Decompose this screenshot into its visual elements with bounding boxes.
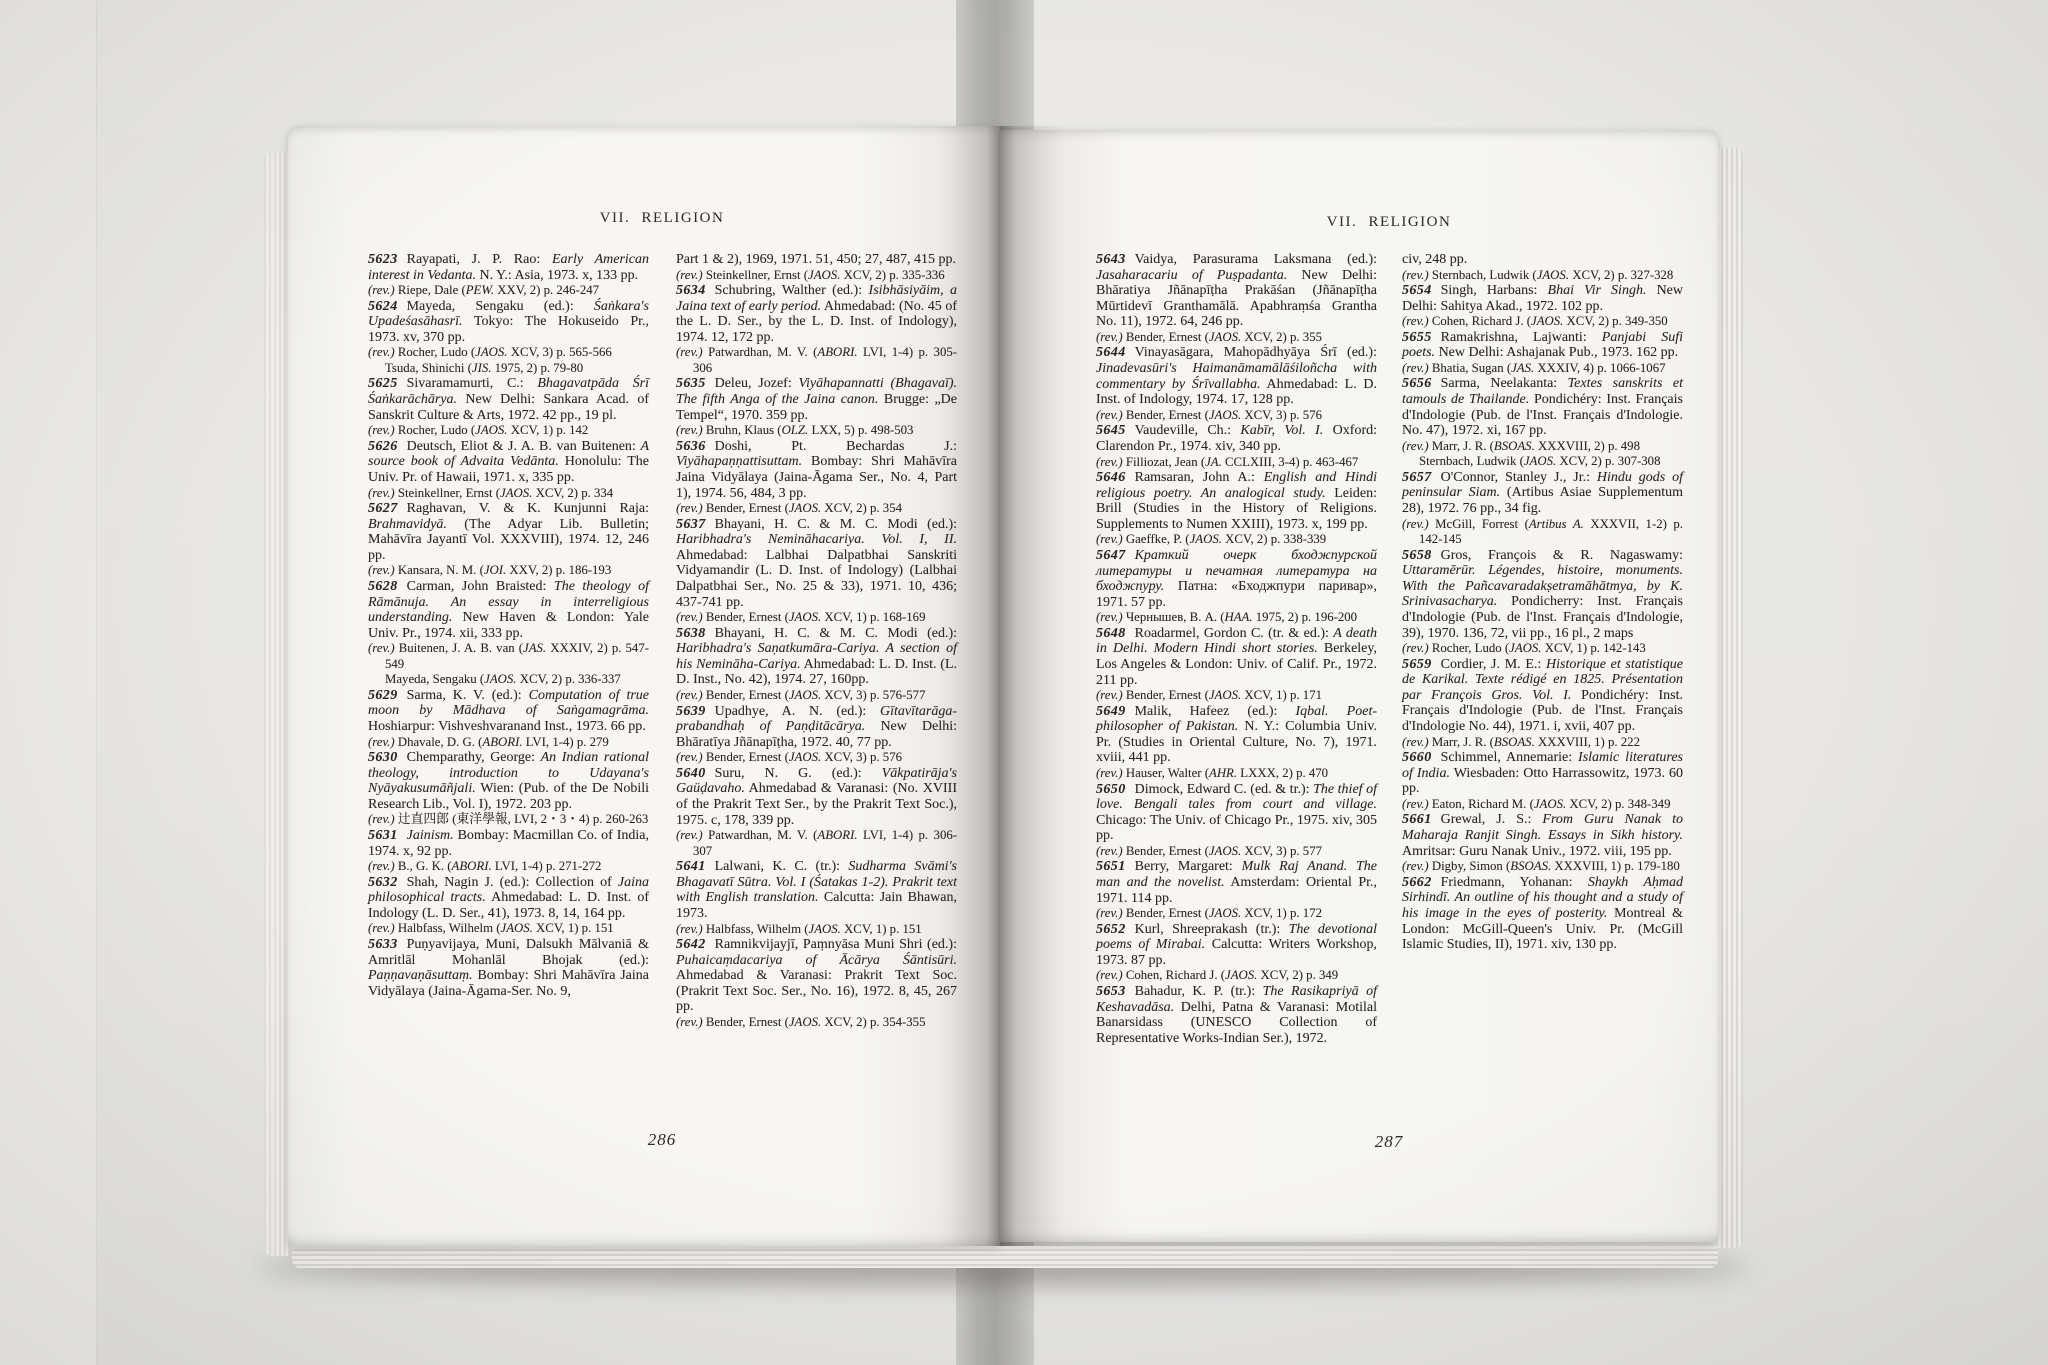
review-prefix: (rev.) xyxy=(1402,517,1429,531)
entry-body: 5651Berry, Margaret: Mulk Raj Anand. The… xyxy=(1096,859,1377,906)
review-line: Sternbach, Ludwik (JAOS. XCV, 2) p. 307-… xyxy=(1402,454,1683,470)
review-line: (rev.) Bender, Ernest (JAOS. XCV, 3) p. … xyxy=(676,750,957,766)
bib-entry-5643: 5643Vaidya, Parasurama Laksmana (ed.): J… xyxy=(1096,252,1377,345)
entry-number: 5655 xyxy=(1402,330,1432,345)
review-line: (rev.) Patwardhan, M. V. (ABORI. LVI, 1-… xyxy=(676,345,957,376)
entry-body: 5654Singh, Harbans: Bhai Vir Singh. New … xyxy=(1402,283,1683,314)
bib-entry-5635: 5635Deleu, Jozef: Viyāhapannatti (Bhagav… xyxy=(676,376,957,438)
bib-entry-5661: 5661Grewal, J. S.: From Guru Nanak to Ma… xyxy=(1402,812,1683,874)
bib-entry-continuation: Part 1 & 2), 1969, 1971. 51, 450; 27, 48… xyxy=(676,252,957,283)
review-prefix: (rev.) xyxy=(1096,968,1123,982)
review-prefix: (rev.) xyxy=(1096,330,1123,344)
bib-entry-5636: 5636Doshi, Pt. Bechardas J.: Viyāhapaṇṇa… xyxy=(676,439,957,517)
entry-body: 5653Bahadur, K. P. (tr.): The Rasikapriy… xyxy=(1096,984,1377,1046)
review-line: (rev.) B., G. K. (ABORI. LVI, 1-4) p. 27… xyxy=(368,859,649,875)
entry-body: 5647Краткий очерк бходжпурской литератур… xyxy=(1096,548,1377,610)
review-prefix: (rev.) xyxy=(676,610,703,624)
entry-body: 5635Deleu, Jozef: Viyāhapannatti (Bhagav… xyxy=(676,376,957,423)
review-prefix: (rev.) xyxy=(676,1015,703,1029)
entry-body: 5625Sivaramamurti, C.: Bhagavatpāda Śrī … xyxy=(368,376,649,423)
review-line: (rev.) Bruhn, Klaus (OLZ. LXX, 5) p. 498… xyxy=(676,423,957,439)
entry-number: 5639 xyxy=(676,704,706,719)
entry-number: 5623 xyxy=(368,252,398,267)
right-page-column-1: 5643Vaidya, Parasurama Laksmana (ed.): J… xyxy=(1096,252,1377,1046)
review-prefix: (rev.) xyxy=(368,486,395,500)
entry-number: 5632 xyxy=(368,875,398,890)
review-prefix: (rev.) xyxy=(368,345,395,359)
bib-entry-5653: 5653Bahadur, K. P. (tr.): The Rasikapriy… xyxy=(1096,984,1377,1046)
review-prefix: (rev.) xyxy=(1096,766,1123,780)
bib-entry-5658: 5658Gros, François & R. Nagaswamy: Uttar… xyxy=(1402,548,1683,657)
entry-body: 5631Jainism. Bombay: Macmillan Co. of In… xyxy=(368,828,649,859)
entry-body: 5628Carman, John Braisted: The theology … xyxy=(368,579,649,641)
entry-body: civ, 248 pp. xyxy=(1402,252,1683,268)
entry-number: 5642 xyxy=(676,937,706,952)
bib-entry-5630: 5630Chemparathy, George: An Indian ratio… xyxy=(368,750,649,828)
review-prefix: (rev.) xyxy=(1096,408,1123,422)
bib-entry-5637: 5637Bhayani, H. C. & M. C. Modi (ed.): H… xyxy=(676,517,957,626)
review-line: (rev.) Steinkellner, Ernst (JAOS. XCV, 2… xyxy=(368,486,649,502)
review-line: (rev.) Bender, Ernest (JAOS. XCV, 1) p. … xyxy=(1096,906,1377,922)
review-prefix: (rev.) xyxy=(1096,610,1123,624)
entry-number: 5654 xyxy=(1402,283,1432,298)
entry-number: 5661 xyxy=(1402,812,1432,827)
bottom-page-stack-edges xyxy=(292,1246,1718,1268)
review-prefix: (rev.) xyxy=(1402,268,1429,282)
entry-body: 5627Raghavan, V. & K. Kunjunni Raja: Bra… xyxy=(368,501,649,563)
review-line: (rev.) Чернышев, В. А. (НАА. 1975, 2) p.… xyxy=(1096,610,1377,626)
review-line: (rev.) Bender, Ernest (JAOS. XCV, 3) p. … xyxy=(1096,844,1377,860)
entry-number: 5660 xyxy=(1402,750,1432,765)
review-prefix: (rev.) xyxy=(676,688,703,702)
review-line: (rev.) Bender, Ernest (JAOS. XCV, 2) p. … xyxy=(676,1015,957,1031)
bib-entry-5626: 5626Deutsch, Eliot & J. A. B. van Buiten… xyxy=(368,439,649,501)
entry-body: 5655Ramakrishna, Lajwanti: Panjabi Sufi … xyxy=(1402,330,1683,361)
bib-entry-5657: 5657O'Connor, Stanley J., Jr.: Hindu god… xyxy=(1402,470,1683,548)
review-line: (rev.) 辻直四郎 (東洋學報, LVI, 2・3・4) p. 260-26… xyxy=(368,812,649,828)
bib-entry-5659: 5659Cordier, J. M. E.: Historique et sta… xyxy=(1402,657,1683,750)
bib-entry-5640: 5640Suru, N. G. (ed.): Vākpatirāja's Gaü… xyxy=(676,766,957,859)
review-prefix: (rev.) xyxy=(676,501,703,515)
review-prefix: (rev.) xyxy=(368,283,395,297)
review-prefix: (rev.) xyxy=(676,750,703,764)
page-number-left: 286 xyxy=(368,1130,956,1150)
review-line: (rev.) Bender, Ernest (JAOS. XCV, 1) p. … xyxy=(1096,688,1377,704)
entry-number: 5658 xyxy=(1402,548,1432,563)
review-prefix: (rev.) xyxy=(1402,439,1429,453)
review-prefix: (rev.) xyxy=(1402,641,1429,655)
entry-body: 5640Suru, N. G. (ed.): Vākpatirāja's Gaü… xyxy=(676,766,957,828)
review-prefix: (rev.) xyxy=(1402,361,1429,375)
entry-body: 5646Ramsaran, John A.: English and Hindi… xyxy=(1096,470,1377,532)
bib-entry-continuation: civ, 248 pp.(rev.) Sternbach, Ludwik (JA… xyxy=(1402,252,1683,283)
bib-entry-5646: 5646Ramsaran, John A.: English and Hindi… xyxy=(1096,470,1377,548)
bib-entry-5651: 5651Berry, Margaret: Mulk Raj Anand. The… xyxy=(1096,859,1377,921)
entry-number: 5644 xyxy=(1096,345,1126,360)
review-prefix: (rev.) xyxy=(1096,844,1123,858)
review-prefix: (rev.) xyxy=(676,922,703,936)
entry-number: 5657 xyxy=(1402,470,1432,485)
entry-number: 5651 xyxy=(1096,859,1126,874)
entry-body: 5652Kurl, Shreeprakash (tr.): The devoti… xyxy=(1096,922,1377,969)
entry-body: 5642Ramnikvijayjī, Paṃnyāsa Muni Shri (e… xyxy=(676,937,957,1015)
review-prefix: (rev.) xyxy=(1096,532,1123,546)
entry-body: 5644Vinayasāgara, Mahopādhyāya Śrī (ed.)… xyxy=(1096,345,1377,407)
review-line: (rev.) Bender, Ernest (JAOS. XCV, 3) p. … xyxy=(1096,408,1377,424)
review-prefix: (rev.) xyxy=(1402,797,1429,811)
left-page: VII. RELIGION 5623Rayapati, J. P. Rao: E… xyxy=(288,126,1000,1246)
bib-entry-5629: 5629Sarma, K. V. (ed.): Computation of t… xyxy=(368,688,649,750)
entry-body: 5629Sarma, K. V. (ed.): Computation of t… xyxy=(368,688,649,735)
entry-body: 5639Upadhye, A. N. (ed.): Gītavītarāga-p… xyxy=(676,704,957,751)
background-wall-strip xyxy=(0,0,97,1365)
review-prefix: (rev.) xyxy=(676,345,703,359)
entry-number: 5631 xyxy=(368,828,398,843)
review-prefix: (rev.) xyxy=(1402,735,1429,749)
entry-number: 5649 xyxy=(1096,704,1126,719)
entry-body: 5636Doshi, Pt. Bechardas J.: Viyāhapaṇṇa… xyxy=(676,439,957,501)
bib-entry-5639: 5639Upadhye, A. N. (ed.): Gītavītarāga-p… xyxy=(676,704,957,766)
bib-entry-5652: 5652Kurl, Shreeprakash (tr.): The devoti… xyxy=(1096,922,1377,984)
entry-number: 5656 xyxy=(1402,376,1432,391)
entry-body: 5650Dimock, Edward C. (ed. & tr.): The t… xyxy=(1096,782,1377,844)
entry-body: 5648Roadarmel, Gordon C. (tr. & ed.): A … xyxy=(1096,626,1377,688)
entry-number: 5628 xyxy=(368,579,398,594)
bib-entry-5662: 5662Friedmann, Yohanan: Shaykh Aḥmad Sir… xyxy=(1402,875,1683,953)
review-line: (rev.) Filliozat, Jean (JA. CCLXIII, 3-4… xyxy=(1096,455,1377,471)
running-header-right: VII. RELIGION xyxy=(1096,214,1682,231)
entry-number: 5638 xyxy=(676,626,706,641)
bib-entry-5641: 5641Lalwani, K. C. (tr.): Sudharma Svāmi… xyxy=(676,859,957,937)
review-line: Mayeda, Sengaku (JAOS. XCV, 2) p. 336-33… xyxy=(368,672,649,688)
review-line: (rev.) Riepe, Dale (PEW. XXV, 2) p. 246-… xyxy=(368,283,649,299)
entry-body: 5656Sarma, Neelakanta: Textes sanskrits … xyxy=(1402,376,1683,438)
review-line: (rev.) McGill, Forrest (Artibus A. XXXVI… xyxy=(1402,517,1683,548)
review-prefix: (rev.) xyxy=(368,921,395,935)
bib-entry-5648: 5648Roadarmel, Gordon C. (tr. & ed.): A … xyxy=(1096,626,1377,704)
review-line: (rev.) Marr, J. R. (BSOAS. XXXVIII, 1) p… xyxy=(1402,735,1683,751)
review-line: (rev.) Bender, Ernest (JAOS. XCV, 2) p. … xyxy=(1096,330,1377,346)
entry-number: 5626 xyxy=(368,439,398,454)
entry-body: 5643Vaidya, Parasurama Laksmana (ed.): J… xyxy=(1096,252,1377,330)
entry-number: 5662 xyxy=(1402,875,1432,890)
bib-entry-5642: 5642Ramnikvijayjī, Paṃnyāsa Muni Shri (e… xyxy=(676,937,957,1030)
entry-number: 5625 xyxy=(368,376,398,391)
review-prefix: (rev.) xyxy=(1096,455,1123,469)
bib-entry-5623: 5623Rayapati, J. P. Rao: Early American … xyxy=(368,252,649,299)
book-photo: VII. RELIGION 5623Rayapati, J. P. Rao: E… xyxy=(0,0,2048,1365)
review-prefix: (rev.) xyxy=(1096,688,1123,702)
review-prefix: (rev.) xyxy=(676,423,703,437)
entry-number: 5648 xyxy=(1096,626,1126,641)
review-prefix: (rev.) xyxy=(368,735,395,749)
entry-body: 5661Grewal, J. S.: From Guru Nanak to Ma… xyxy=(1402,812,1683,859)
entry-number: 5633 xyxy=(368,937,398,952)
entry-body: 5659Cordier, J. M. E.: Historique et sta… xyxy=(1402,657,1683,735)
review-prefix: (rev.) xyxy=(676,828,703,842)
review-prefix: (rev.) xyxy=(368,641,395,655)
review-line: (rev.) Bender, Ernest (JAOS. XCV, 2) p. … xyxy=(676,501,957,517)
entry-number: 5645 xyxy=(1096,423,1126,438)
entry-number: 5636 xyxy=(676,439,706,454)
bib-entry-5631: 5631Jainism. Bombay: Macmillan Co. of In… xyxy=(368,828,649,875)
entry-body: 5657O'Connor, Stanley J., Jr.: Hindu god… xyxy=(1402,470,1683,517)
review-line: (rev.) Eaton, Richard M. (JAOS. XCV, 2) … xyxy=(1402,797,1683,813)
entry-number: 5659 xyxy=(1402,657,1432,672)
bib-entry-5627: 5627Raghavan, V. & K. Kunjunni Raja: Bra… xyxy=(368,501,649,579)
entry-body: 5626Deutsch, Eliot & J. A. B. van Buiten… xyxy=(368,439,649,486)
bib-entry-5634: 5634Schubring, Walther (ed.): Isibhāsiyā… xyxy=(676,283,957,376)
entry-body: 5638Bhayani, H. C. & M. C. Modi (ed.): H… xyxy=(676,626,957,688)
entry-body: 5662Friedmann, Yohanan: Shaykh Aḥmad Sir… xyxy=(1402,875,1683,953)
review-line: (rev.) Gaeffke, P. (JAOS. XCV, 2) p. 338… xyxy=(1096,532,1377,548)
left-page-column-1: 5623Rayapati, J. P. Rao: Early American … xyxy=(368,252,649,999)
review-line: (rev.) Halbfass, Wilhelm (JAOS. XCV, 1) … xyxy=(368,921,649,937)
entry-number: 5630 xyxy=(368,750,398,765)
review-line: (rev.) Steinkellner, Ernst (JAOS. XCV, 2… xyxy=(676,268,957,284)
review-prefix: (rev.) xyxy=(368,423,395,437)
entry-body: 5641Lalwani, K. C. (tr.): Sudharma Svāmi… xyxy=(676,859,957,921)
entry-number: 5653 xyxy=(1096,984,1126,999)
review-line: (rev.) Bhatia, Sugan (JAS. XXXIV, 4) p. … xyxy=(1402,361,1683,377)
review-line: (rev.) Rocher, Ludo (JAOS. XCV, 3) p. 56… xyxy=(368,345,649,361)
bib-entry-5644: 5644Vinayasāgara, Mahopādhyāya Śrī (ed.)… xyxy=(1096,345,1377,423)
entry-body: 5660Schimmel, Annemarie: Islamic literat… xyxy=(1402,750,1683,797)
entry-number: 5641 xyxy=(676,859,706,874)
bib-entry-5645: 5645Vaudeville, Ch.: Kabīr, Vol. I. Oxfo… xyxy=(1096,423,1377,470)
entry-body: 5658Gros, François & R. Nagaswamy: Uttar… xyxy=(1402,548,1683,642)
running-header-left: VII. RELIGION xyxy=(368,210,956,227)
review-prefix: (rev.) xyxy=(368,812,395,826)
entry-body: 5645Vaudeville, Ch.: Kabīr, Vol. I. Oxfo… xyxy=(1096,423,1377,454)
review-prefix: (rev.) xyxy=(676,268,703,282)
bib-entry-5649: 5649Malik, Hafeez (ed.): Iqbal. Poet-phi… xyxy=(1096,704,1377,782)
bib-entry-5638: 5638Bhayani, H. C. & M. C. Modi (ed.): H… xyxy=(676,626,957,704)
right-page-stack-edges xyxy=(1718,148,1743,1248)
entry-number: 5647 xyxy=(1096,548,1126,563)
bib-entry-5654: 5654Singh, Harbans: Bhai Vir Singh. New … xyxy=(1402,283,1683,330)
bib-entry-5624: 5624Mayeda, Sengaku (ed.): Śaṅkara's Upa… xyxy=(368,299,649,377)
review-line: (rev.) Rocher, Ludo (JAOS. XCV, 1) p. 14… xyxy=(1402,641,1683,657)
page-number-right: 287 xyxy=(1096,1132,1682,1152)
bib-entry-5632: 5632Shah, Nagin J. (ed.): Collection of … xyxy=(368,875,649,937)
bib-entry-5660: 5660Schimmel, Annemarie: Islamic literat… xyxy=(1402,750,1683,812)
right-page-column-2: civ, 248 pp.(rev.) Sternbach, Ludwik (JA… xyxy=(1402,252,1683,953)
review-prefix: (rev.) xyxy=(368,563,395,577)
review-line: (rev.) Bender, Ernest (JAOS. XCV, 1) p. … xyxy=(676,610,957,626)
entry-body: 5634Schubring, Walther (ed.): Isibhāsiyā… xyxy=(676,283,957,345)
entry-body: 5633Puṇyavijaya, Muni, Dalsukh Mālvaniā … xyxy=(368,937,649,999)
review-prefix: (rev.) xyxy=(1402,859,1429,873)
entry-body: 5623Rayapati, J. P. Rao: Early American … xyxy=(368,252,649,283)
entry-body: 5649Malik, Hafeez (ed.): Iqbal. Poet-phi… xyxy=(1096,704,1377,766)
review-line: (rev.) Bender, Ernest (JAOS. XCV, 3) p. … xyxy=(676,688,957,704)
review-line: (rev.) Sternbach, Ludwik (JAOS. XCV, 2) … xyxy=(1402,268,1683,284)
review-line: Tsuda, Shinichi (JIS. 1975, 2) p. 79-80 xyxy=(368,361,649,377)
entry-body: 5632Shah, Nagin J. (ed.): Collection of … xyxy=(368,875,649,922)
review-line: (rev.) Marr, J. R. (BSOAS. XXXVIII, 2) p… xyxy=(1402,439,1683,455)
review-line: (rev.) Digby, Simon (BSOAS. XXXVIII, 1) … xyxy=(1402,859,1683,875)
entry-number: 5634 xyxy=(676,283,706,298)
entry-body: 5630Chemparathy, George: An Indian ratio… xyxy=(368,750,649,812)
bib-entry-5655: 5655Ramakrishna, Lajwanti: Panjabi Sufi … xyxy=(1402,330,1683,377)
review-line: (rev.) Kansara, N. M. (JOI. XXV, 2) p. 1… xyxy=(368,563,649,579)
review-line: (rev.) Patwardhan, M. V. (ABORI. LVI, 1-… xyxy=(676,828,957,859)
entry-number: 5627 xyxy=(368,501,398,516)
entry-body: 5624Mayeda, Sengaku (ed.): Śaṅkara's Upa… xyxy=(368,299,649,346)
review-line: (rev.) Cohen, Richard J. (JAOS. XCV, 2) … xyxy=(1096,968,1377,984)
review-line: (rev.) Hauser, Walter (AHR. LXXX, 2) p. … xyxy=(1096,766,1377,782)
left-page-stack-edges xyxy=(264,152,288,1256)
bib-entry-5650: 5650Dimock, Edward C. (ed. & tr.): The t… xyxy=(1096,782,1377,860)
entry-number: 5650 xyxy=(1096,782,1126,797)
entry-number: 5643 xyxy=(1096,252,1126,267)
bib-entry-5633: 5633Puṇyavijaya, Muni, Dalsukh Mālvaniā … xyxy=(368,937,649,999)
review-line: (rev.) Dhavale, D. G. (ABORI. LVI, 1-4) … xyxy=(368,735,649,751)
review-prefix: (rev.) xyxy=(1402,314,1429,328)
entry-number: 5635 xyxy=(676,376,706,391)
review-prefix: (rev.) xyxy=(1096,906,1123,920)
review-line: (rev.) Halbfass, Wilhelm (JAOS. XCV, 1) … xyxy=(676,922,957,938)
bib-entry-5647: 5647Краткий очерк бходжпурской литератур… xyxy=(1096,548,1377,626)
entry-number: 5624 xyxy=(368,299,398,314)
entry-number: 5646 xyxy=(1096,470,1126,485)
entry-number: 5629 xyxy=(368,688,398,703)
bib-entry-5628: 5628Carman, John Braisted: The theology … xyxy=(368,579,649,688)
review-prefix: (rev.) xyxy=(368,859,395,873)
entry-body: 5637Bhayani, H. C. & M. C. Modi (ed.): H… xyxy=(676,517,957,611)
entry-number: 5640 xyxy=(676,766,706,781)
review-line: (rev.) Buitenen, J. A. B. van (JAS. XXXI… xyxy=(368,641,649,672)
bib-entry-5656: 5656Sarma, Neelakanta: Textes sanskrits … xyxy=(1402,376,1683,469)
entry-body: Part 1 & 2), 1969, 1971. 51, 450; 27, 48… xyxy=(676,252,957,268)
left-page-column-2: Part 1 & 2), 1969, 1971. 51, 450; 27, 48… xyxy=(676,252,957,1031)
bib-entry-5625: 5625Sivaramamurti, C.: Bhagavatpāda Śrī … xyxy=(368,376,649,438)
right-page: VII. RELIGION 5643Vaidya, Parasurama Lak… xyxy=(1000,130,1718,1242)
entry-number: 5652 xyxy=(1096,922,1126,937)
review-line: (rev.) Cohen, Richard J. (JAOS. XCV, 2) … xyxy=(1402,314,1683,330)
entry-number: 5637 xyxy=(676,517,706,532)
review-line: (rev.) Rocher, Ludo (JAOS. XCV, 1) p. 14… xyxy=(368,423,649,439)
